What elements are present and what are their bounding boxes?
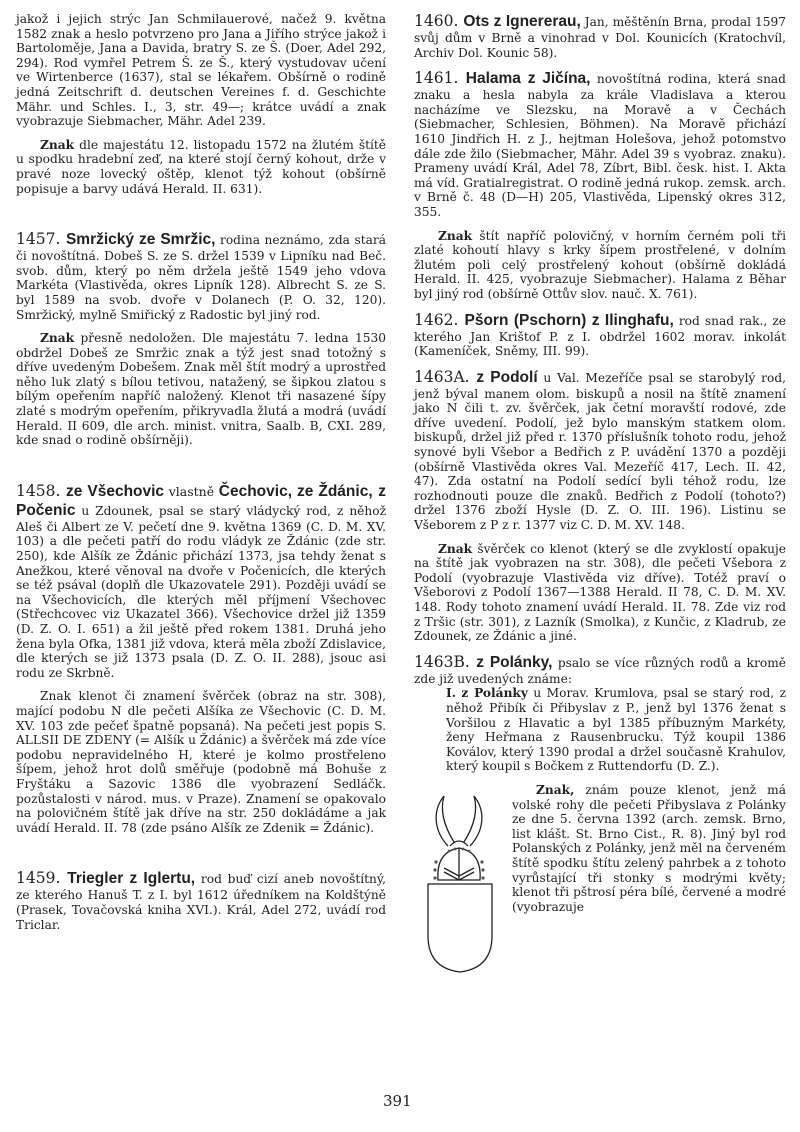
entry-1461: 1461. Halama z Jičína, novoštítná rodina…	[414, 69, 786, 301]
sub-entry-heading: I. z Polánky u Morav. Krumlova, psal se …	[414, 686, 786, 774]
entry-number: 1457.	[16, 230, 60, 248]
entry-name: Pšorn (Pschorn) z Ilinghafu,	[464, 312, 673, 329]
entry-name: z Polánky,	[476, 654, 552, 671]
entry-body: 1457. Smržický ze Smržic, rodina neznámo…	[16, 230, 386, 322]
entry-number: 1459.	[16, 869, 60, 887]
entry-body: 1459. Triegler z Iglertu, rod buď cizí a…	[16, 869, 386, 932]
entry-znak: Znak švěrček co klenot (který se dle zvy…	[414, 542, 786, 644]
entry-number: 1461.	[414, 69, 458, 87]
entry-1458: 1458. ze Všechovic vlastně Čechovic, ze …	[16, 482, 386, 835]
entry-number: 1463A.	[414, 368, 470, 386]
entry-1457: 1457. Smržický ze Smržic, rodina neznámo…	[16, 230, 386, 448]
entry-number: 1458.	[16, 482, 60, 500]
entry-number: 1462.	[414, 311, 458, 329]
left-column: jakož i jejich strýc Jan Schmilauerové, …	[16, 12, 386, 932]
entry-1459: 1459. Triegler z Iglertu, rod buď cizí a…	[16, 869, 386, 932]
continuation-paragraph: jakož i jejich strýc Jan Schmilauerové, …	[16, 12, 386, 129]
znak-label: Znak	[40, 138, 74, 152]
coat-of-arms-figure	[414, 776, 506, 976]
right-column: 1460. Ots z Ignererau, Jan, měštěnín Brn…	[414, 12, 786, 976]
entry-name: Triegler z Iglertu,	[67, 870, 195, 887]
entry-body: 1458. ze Všechovic vlastně Čechovic, ze …	[16, 482, 386, 681]
entry-1463b: 1463B. z Polánky, psalo se více různých …	[414, 653, 786, 915]
helmet-with-horns-icon	[414, 776, 506, 976]
page-number: 391	[383, 1092, 412, 1110]
entry-1460: 1460. Ots z Ignererau, Jan, měštěnín Brn…	[414, 12, 786, 60]
entry-1462: 1462. Pšorn (Pschorn) z Ilinghafu, rod s…	[414, 311, 786, 359]
entry-name: ze Všechovic	[66, 483, 164, 500]
entry-znak: Znak klenot či znamení švěrček (obraz na…	[16, 689, 386, 835]
entry-number: 1463B.	[414, 653, 470, 671]
entry-name: z Podolí	[476, 369, 537, 386]
entry-1463a: 1463A. z Podolí u Val. Mezeříče psal se …	[414, 368, 786, 644]
entry-znak: Znak štít napříč polovičný, v horním čer…	[414, 229, 786, 302]
entry-name: Smržický ze Smržic,	[66, 231, 216, 248]
continuation-znak: Znak dle majestátu 12. listopadu 1572 na…	[16, 138, 386, 196]
entry-number: 1460.	[414, 12, 458, 30]
entry-name: Ots z Ignererau,	[463, 13, 580, 30]
entry-name: Halama z Jičína,	[466, 70, 591, 87]
entry-znak: Znak přesně nedoložen. Dle majestátu 7. …	[16, 331, 386, 448]
